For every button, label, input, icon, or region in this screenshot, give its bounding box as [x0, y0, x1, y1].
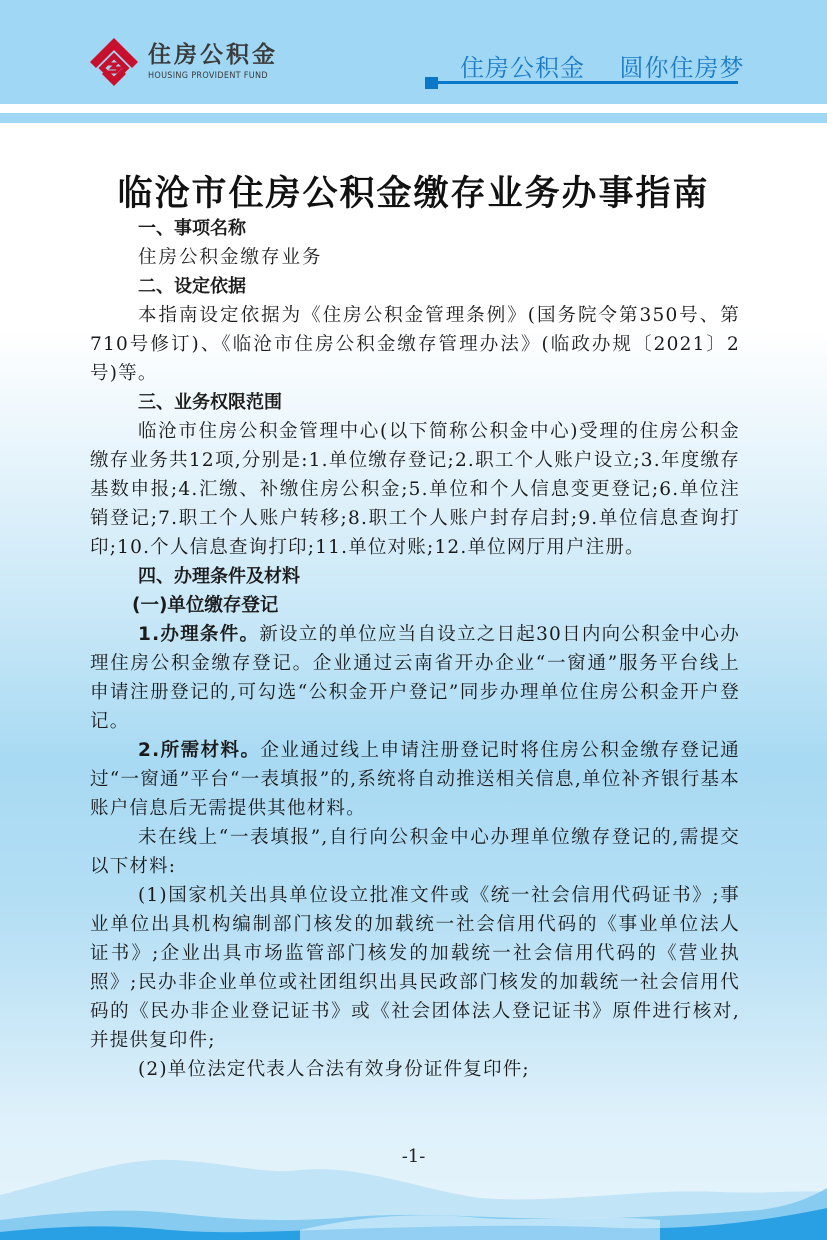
material-item-1: (1)国家机关出具单位设立批准文件或《统一社会信用代码证书》;事业单位出具机构编…	[90, 881, 740, 1055]
materials-paragraph: 2.所需材料。企业通过线上申请注册登记时将住房公积金缴存登记通过“一窗通”平台“…	[90, 736, 740, 823]
document-title: 临沧市住房公积金缴存业务办事指南	[0, 166, 827, 216]
document-body: 一、事项名称 住房公积金缴存业务 二、设定依据 本指南设定依据为《住房公积金管理…	[90, 214, 740, 1084]
header-stripe	[0, 113, 827, 123]
slogan: 住房公积金 圆你住房梦	[460, 48, 745, 83]
section-heading-item-name: 一、事项名称	[90, 214, 740, 243]
mountain-landscape-decoration	[0, 1080, 827, 1240]
materials-lead: 2.所需材料。	[138, 740, 261, 761]
housing-fund-logo-icon	[88, 36, 140, 88]
subsection-heading-unit-registration: (一)单位缴存登记	[90, 591, 740, 620]
conditions-paragraph: 1.办理条件。新设立的单位应当自设立之日起30日内向公积金中心办理住房公积金缴存…	[90, 620, 740, 736]
logo: 住房公积金 HOUSING PROVIDENT FUND	[88, 36, 278, 88]
mountains-icon	[0, 1080, 827, 1240]
logo-name-cn: 住房公积金	[148, 42, 278, 68]
header-band: 住房公积金 HOUSING PROVIDENT FUND 住房公积金 圆你住房梦	[0, 0, 827, 104]
slogan-underline	[436, 81, 738, 84]
conditions-lead: 1.办理条件。	[138, 624, 259, 645]
scope-text: 临沧市住房公积金管理中心(以下简称公积金中心)受理的住房公积金缴存业务共12项,…	[90, 417, 740, 562]
logo-name-en: HOUSING PROVIDENT FUND	[148, 70, 278, 82]
section-heading-scope: 三、业务权限范围	[90, 388, 740, 417]
section-heading-conditions-materials: 四、办理条件及材料	[90, 562, 740, 591]
legal-basis-text: 本指南设定依据为《住房公积金管理条例》(国务院令第350号、第710号修订)、《…	[90, 301, 740, 388]
section-heading-legal-basis: 二、设定依据	[90, 272, 740, 301]
item-name-text: 住房公积金缴存业务	[90, 243, 740, 272]
offline-materials-intro: 未在线上“一表填报”,自行向公积金中心办理单位缴存登记的,需提交以下材料:	[90, 823, 740, 881]
